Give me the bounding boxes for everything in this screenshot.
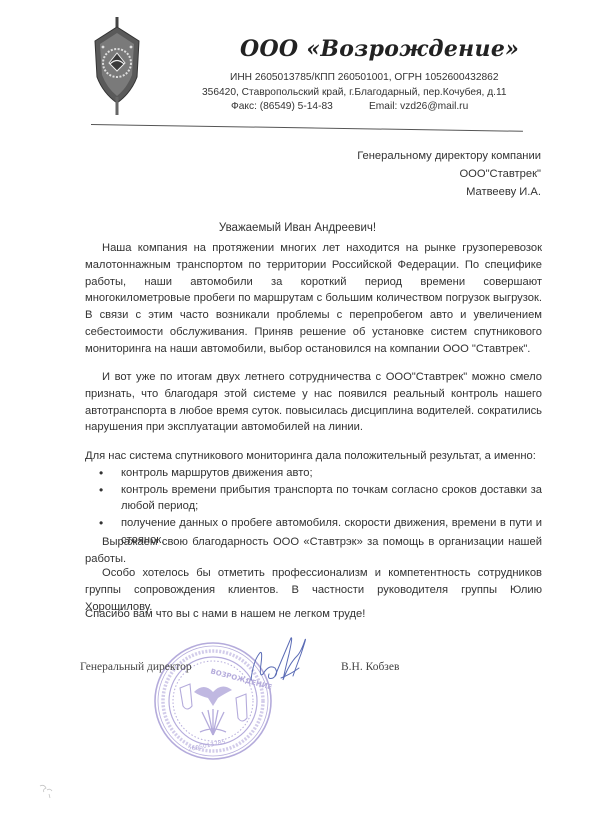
company-email: Email: vzd26@mail.ru [369, 101, 468, 112]
addressee-block: Генеральному директору компании ООО"Став… [357, 147, 541, 201]
list-item: контроль маршрутов движения авто; [100, 465, 542, 482]
letter-body-section-1: Наша компания на протяжении многих лет н… [85, 240, 542, 358]
signatory-title: Генеральный директор [80, 661, 192, 673]
addressee-position: Генеральному директору компании [357, 147, 541, 165]
handwritten-signature-icon [245, 634, 315, 690]
letter-body-section-4: Выражаем свою благодарность ООО «Ставтрэ… [85, 534, 542, 568]
company-fax: Факс: (86549) 5-14-83 [231, 101, 333, 112]
company-address: 356420, Ставропольский край, г.Благодарн… [202, 87, 507, 98]
company-registration: ИНН 2605013785/КПП 260501001, ОГРН 10526… [230, 72, 499, 83]
letter-body-section-6: Спасибо вам что вы с нами в нашем не лег… [85, 606, 542, 623]
paragraph-intro: Наша компания на протяжении многих лет н… [85, 240, 542, 358]
signatory-name: В.Н. Кобзев [341, 661, 399, 673]
paragraph-cooperation: И вот уже по итогам двух летнего сотрудн… [85, 369, 542, 436]
scan-artifact-icon [32, 782, 62, 802]
salutation: Уважаемый Иван Андреевич! [0, 222, 595, 234]
list-intro: Для нас система спутникового мониторинга… [85, 448, 542, 465]
shield-sword-emblem-icon [91, 17, 143, 115]
letter-body-section-2: И вот уже по итогам двух летнего сотрудн… [85, 369, 542, 436]
paragraph-gratitude: Выражаем свою благодарность ООО «Ставтрэ… [85, 534, 542, 568]
company-name: ООО «Возрождение» [240, 36, 519, 62]
addressee-company: ООО"Ставтрек" [357, 165, 541, 183]
addressee-name: Матвееву И.А. [357, 183, 541, 201]
paragraph-thanks: Спасибо вам что вы с нами в нашем не лег… [85, 606, 542, 623]
list-item: контроль времени прибытия транспорта по … [100, 482, 542, 516]
letterhead-divider [91, 124, 523, 132]
